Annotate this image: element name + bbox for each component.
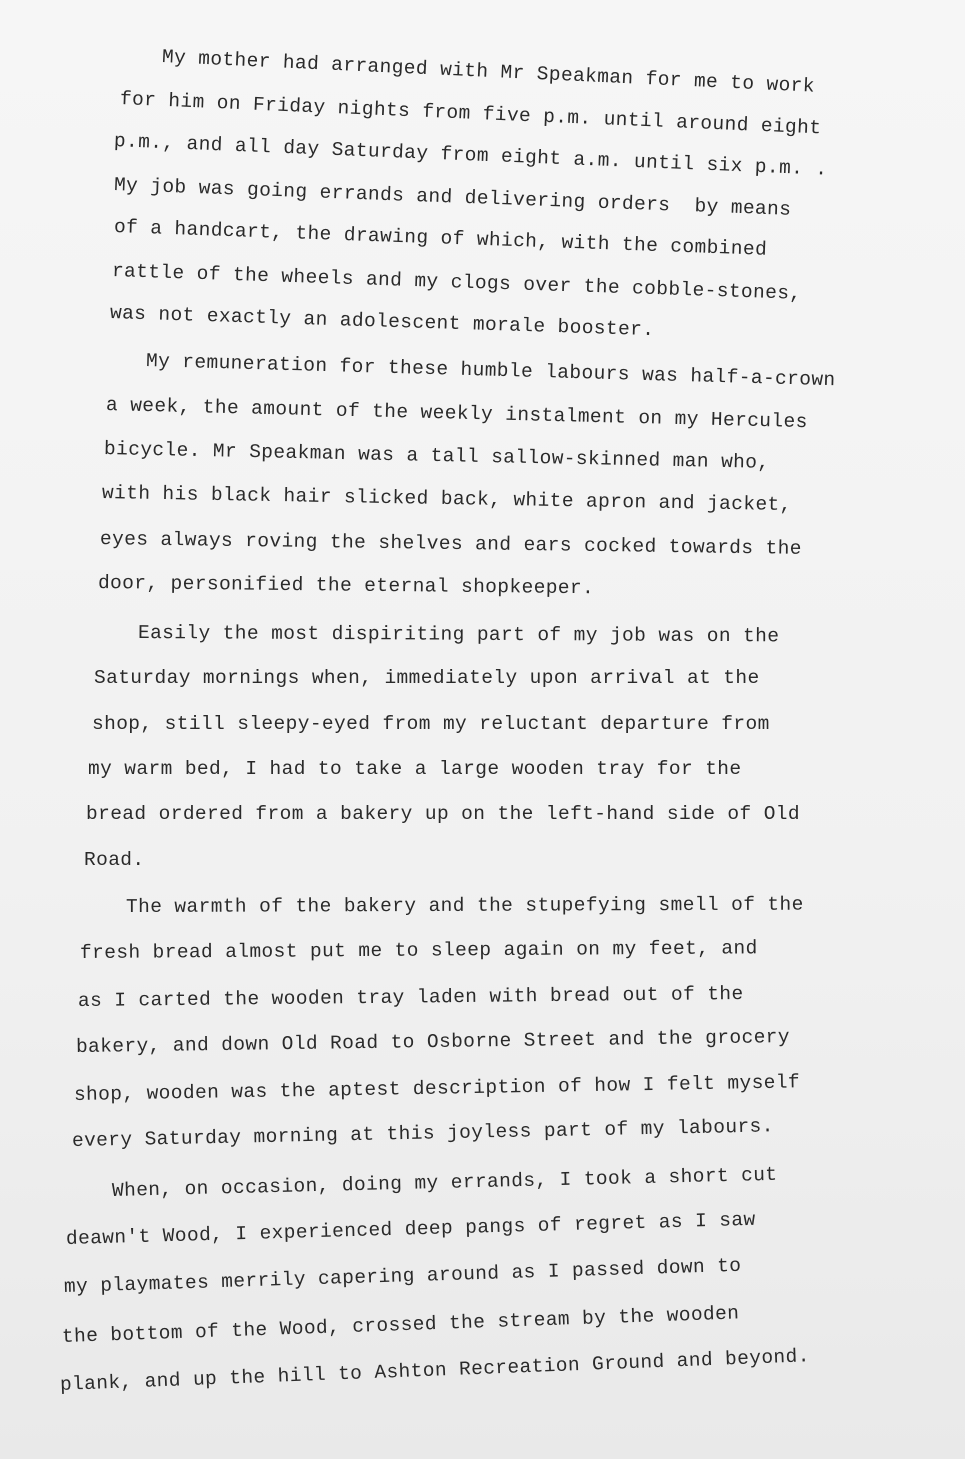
text-line: rattle of the wheels and my clogs over t… (112, 260, 802, 305)
text-line: My remuneration for these humble labours… (146, 350, 836, 391)
text-line: of a handcart, the drawing of which, wit… (114, 216, 768, 261)
text-line: plank, and up the hill to Ashton Recreat… (60, 1345, 811, 1396)
text-line: for him on Friday nights from five p.m. … (120, 88, 822, 139)
text-line: bread ordered from a bakery up on the le… (86, 803, 800, 825)
text-line: eyes always roving the shelves and ears … (100, 528, 802, 560)
text-line: My job was going errands and delivering … (114, 174, 792, 221)
text-line: bakery, and down Old Road to Osborne Str… (76, 1026, 790, 1058)
typewritten-page: My mother had arranged with Mr Speakman … (0, 0, 965, 1459)
text-line: the bottom of the Wood, crossed the stre… (62, 1302, 740, 1348)
text-line: shop, still sleepy-eyed from my reluctan… (92, 713, 770, 735)
text-line: fresh bread almost put me to sleep again… (80, 937, 758, 964)
text-line: my playmates merrily capering around as … (64, 1255, 742, 1298)
text-line: My mother had arranged with Mr Speakman … (162, 46, 816, 98)
text-line: bicycle. Mr Speakman was a tall sallow-s… (104, 438, 770, 474)
text-line: every Saturday morning at this joyless p… (72, 1115, 774, 1152)
text-line: deawn't Wood, I experienced deep pangs o… (66, 1209, 756, 1250)
text-line: was not exactly an adolescent morale boo… (110, 302, 655, 341)
text-line: When, on occasion, doing my errands, I t… (112, 1164, 778, 1202)
text-line: The warmth of the bakery and the stupefy… (126, 894, 804, 918)
text-line: shop, wooden was the aptest description … (74, 1071, 800, 1106)
text-line: Saturday mornings when, immediately upon… (94, 667, 760, 689)
text-line: a week, the amount of the weekly instalm… (106, 394, 808, 433)
text-line: as I carted the wooden tray laden with b… (78, 983, 744, 1012)
text-line: Road. (84, 849, 145, 871)
text-line: Easily the most dispiriting part of my j… (138, 622, 780, 647)
text-line: door, personified the eternal shopkeeper… (98, 572, 594, 599)
text-line: my warm bed, I had to take a large woode… (88, 758, 742, 780)
text-line: with his black hair slicked back, white … (102, 482, 792, 516)
text-line: p.m., and all day Saturday from eight a.… (114, 130, 828, 181)
